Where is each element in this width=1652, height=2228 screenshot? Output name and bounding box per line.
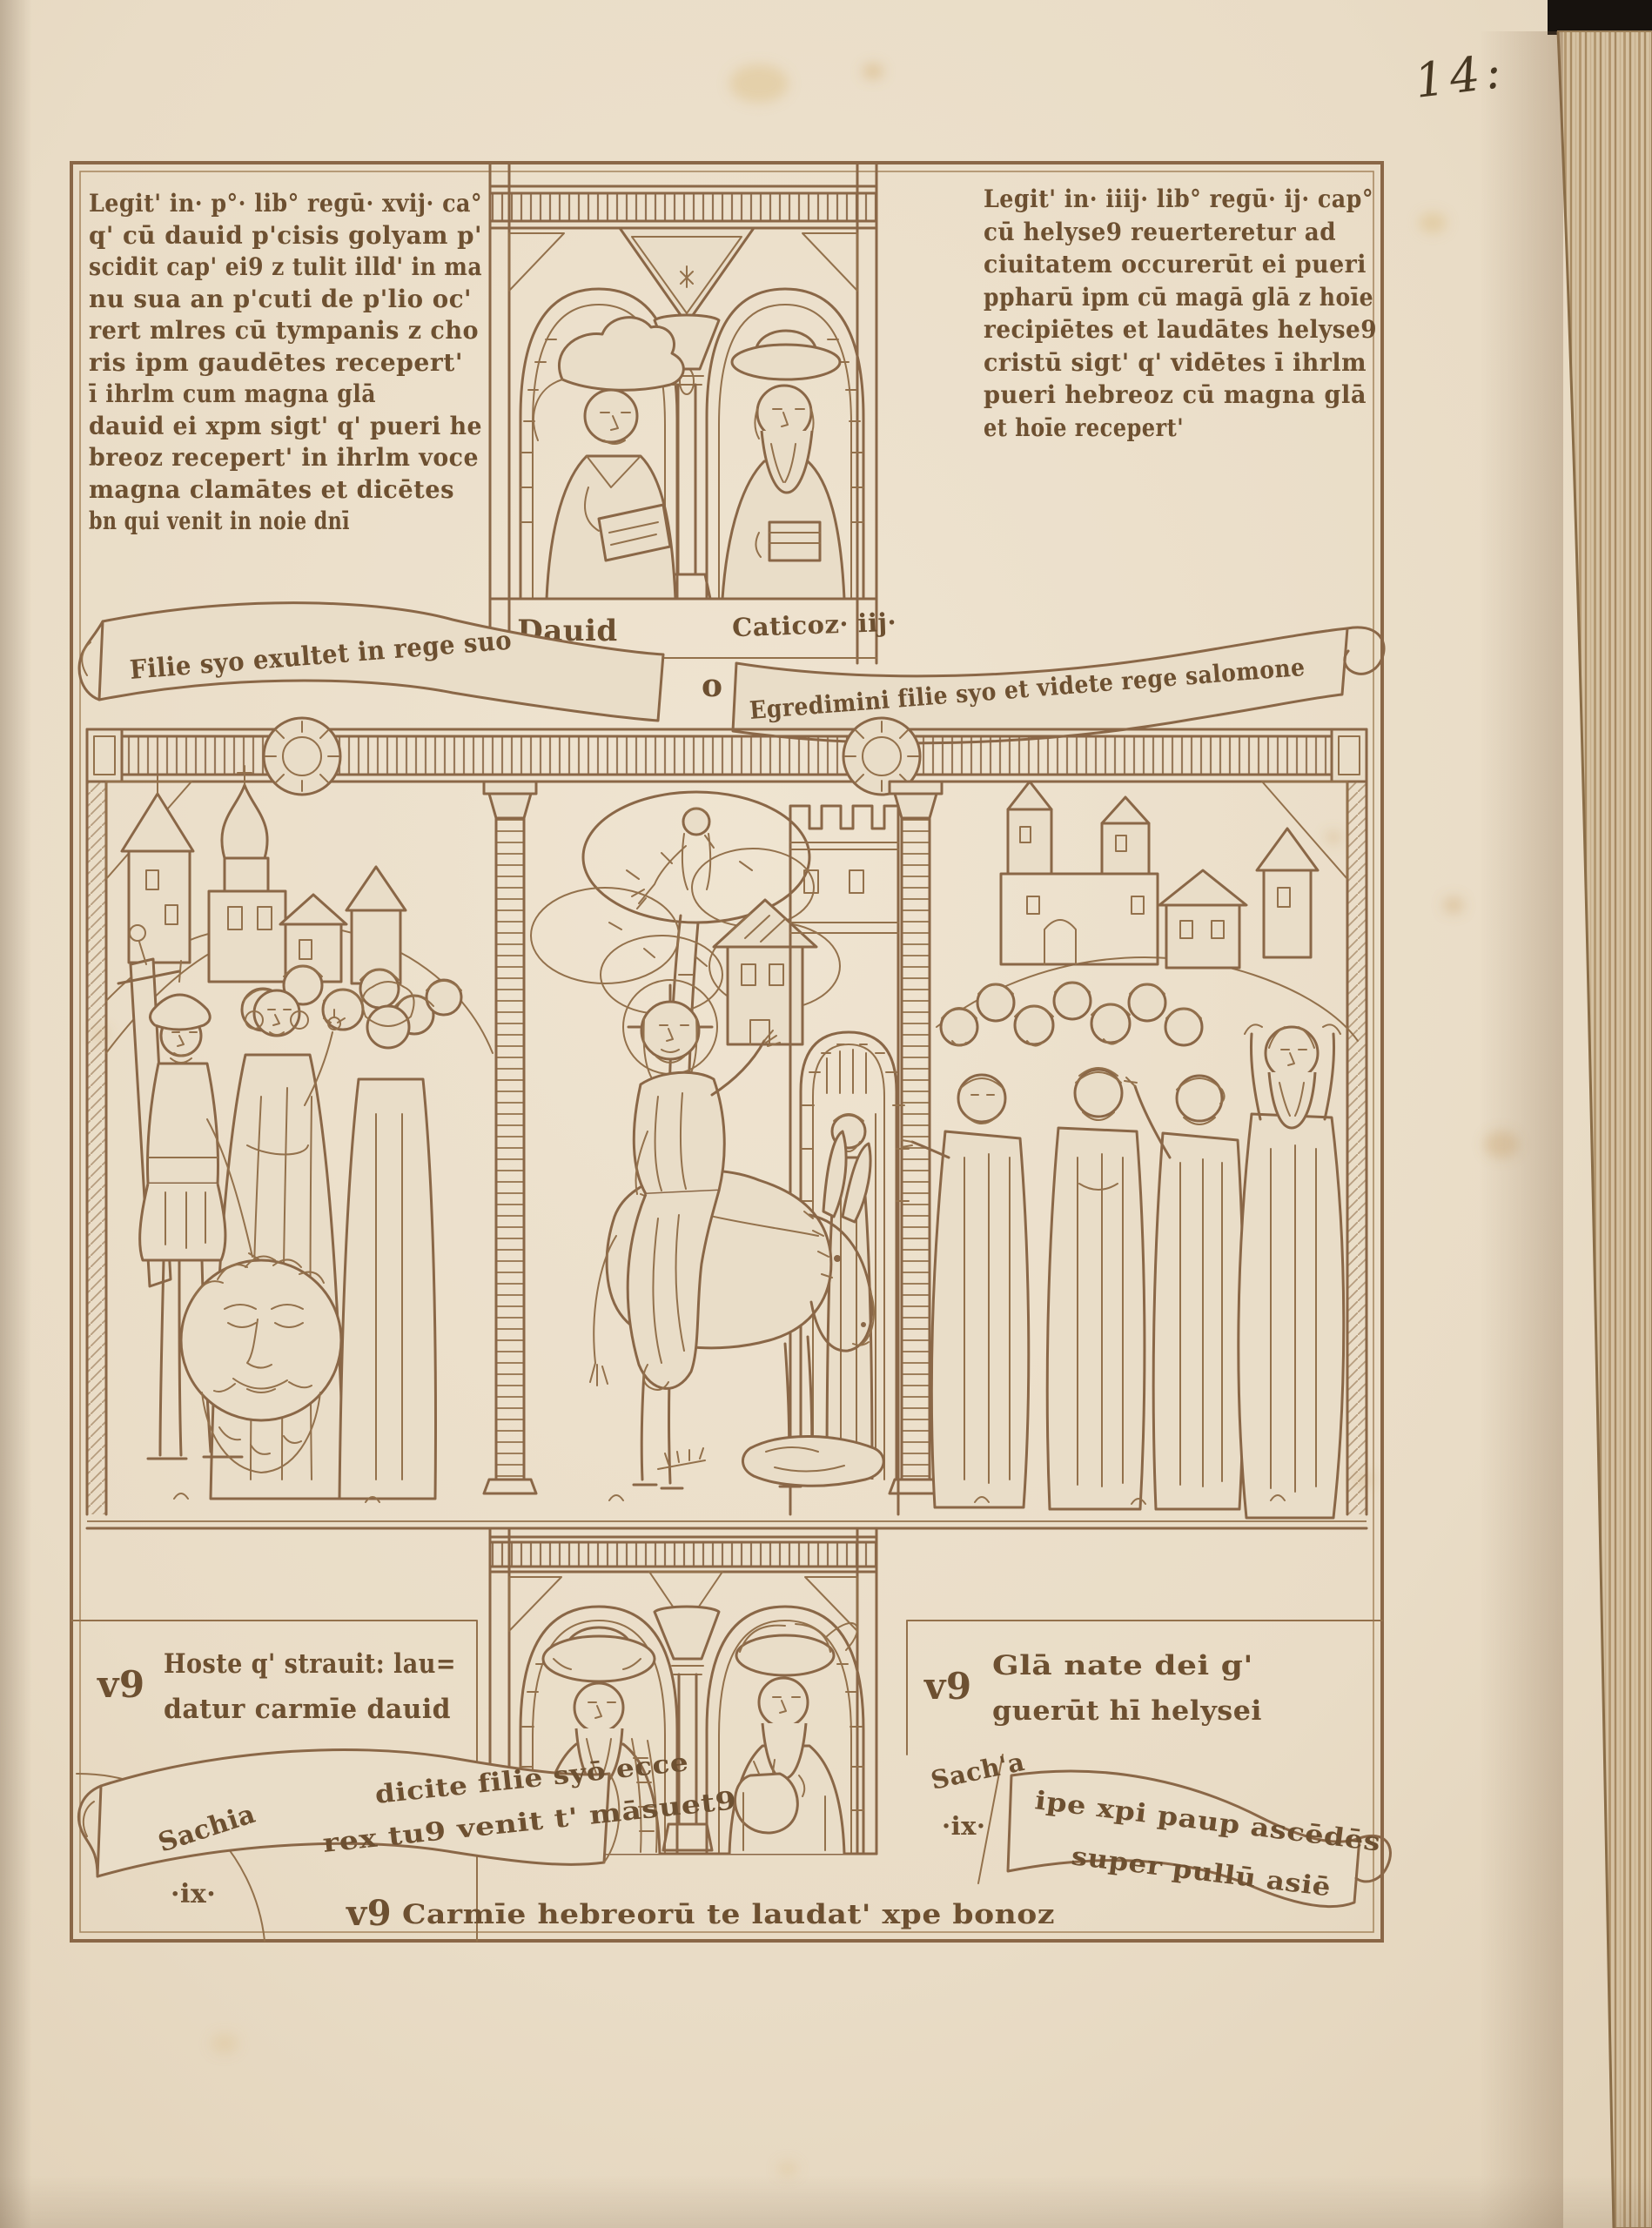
bottom-shadow: [0, 2176, 1652, 2228]
quire-signature: o: [702, 668, 723, 704]
lectio-line: bn qui venit in noie dnī: [89, 507, 350, 535]
ground-hatch: [87, 1513, 1367, 1527]
scroll-chapter-label: ·ix·: [171, 1879, 216, 1909]
lectio-line: cristū sigt' q' vidētes ī ihrlm: [984, 348, 1367, 377]
lectio-line: scidit cap' ei9 z tulit illd' in ma: [89, 252, 482, 281]
lectio-line: recipiētes et laudātes helyse9: [984, 315, 1377, 344]
lectio-line: pueri hebreoz cū magna glā: [984, 380, 1367, 409]
lectio-line: ī ihrlm cum magna glā: [89, 379, 376, 408]
lectio-line: cū helyse9 reuerteretur ad: [984, 218, 1336, 246]
lectio-line: breoz recepert' in ihrlm voce: [89, 443, 479, 472]
lectio-line: Legit' in· p°· lib° regū· xvij· ca°: [89, 189, 482, 218]
manuscript-scan: 14: Legit' in· p°· lib° regū· xvij· ca° …: [0, 0, 1652, 2228]
verse-line: Hoste q' strauit: lau=: [164, 1648, 456, 1680]
lectio-line: nu sua an p'cuti de p'lio oc': [89, 285, 472, 313]
gutter-shadow: [0, 0, 31, 2228]
verse-line: guerūt hī helysei: [992, 1695, 1262, 1727]
verse-line: Carmīe hebreorū te laudat' xpe bonoz: [402, 1899, 1055, 1930]
lectio-line: Legit' in· iiij· lib° regū· ij· cap°: [984, 185, 1373, 213]
lectio-line: ris ipm gaudētes recepert': [89, 348, 463, 377]
backdrop-corner: [1548, 0, 1652, 35]
lectio-line: q' cū dauid p'cisis golyam p': [89, 221, 482, 250]
versus-mark: v9: [97, 1663, 145, 1706]
folio-number: 14:: [1412, 44, 1509, 109]
verse-block-bottom: v9 Carmīe hebreorū te laudat' xpe bonoz: [346, 1893, 1055, 1934]
lectio-line: rert mlres cū tympanis z cho: [89, 316, 479, 345]
scroll-chapter-label: ·ix·: [942, 1811, 986, 1841]
edge-shadow: [1480, 31, 1563, 2228]
versus-mark: v9: [923, 1665, 972, 1708]
biblia-pauperum-page: 14: Legit' in· p°· lib° regū· xvij· ca° …: [0, 0, 1652, 2228]
lectio-line: dauid ei xpm sigt' q' pueri he: [89, 412, 482, 440]
verse-line: datur carmīe dauid: [164, 1694, 451, 1725]
lectio-line: ciuitatem occurerūt ei pueri: [984, 250, 1367, 278]
lectio-line: magna clamātes et dicētes: [89, 475, 454, 504]
versus-mark: v9: [346, 1893, 392, 1934]
lectio-line: ppharū ipm cū magā glā z hoīe: [984, 283, 1373, 312]
prophet-label-canticum: Caticoz· iij·: [732, 607, 897, 643]
lectio-left-textblock: Legit' in· p°· lib° regū· xvij· ca° q' c…: [89, 189, 482, 535]
verse-line: Glā nate dei g': [992, 1650, 1253, 1681]
lectio-line: et hoīe recepert': [984, 413, 1184, 442]
